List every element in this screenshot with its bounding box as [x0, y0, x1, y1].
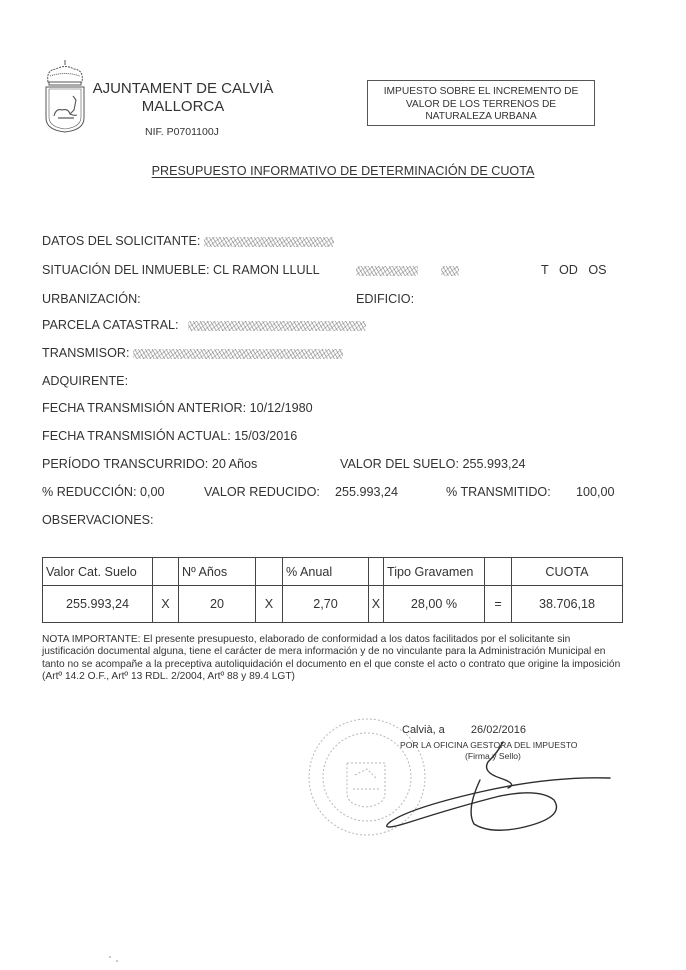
periodo-label: PERÍODO TRANSCURRIDO:: [42, 457, 208, 471]
signature-note: (Firma y Sello): [465, 751, 521, 761]
field-transmisor: TRANSMISOR:: [42, 346, 343, 360]
value-num-anos: 20: [179, 586, 256, 623]
org-line-1: AJUNTAMENT DE CALVIÀ: [88, 80, 278, 98]
document-title: PRESUPUESTO INFORMATIVO DE DETERMINACIÓN…: [0, 164, 686, 178]
situacion-suffix: T OD OS: [541, 263, 607, 277]
organization-name: AJUNTAMENT DE CALVIÀ MALLORCA: [88, 80, 278, 116]
observaciones-label: OBSERVACIONES:: [42, 513, 154, 527]
reduccion-value: 0,00: [140, 485, 165, 499]
transmitido-label: % TRANSMITIDO:: [446, 485, 551, 499]
adquirente-label: ADQUIRENTE:: [42, 374, 128, 388]
valor-reducido-value: 255.993,24: [335, 485, 398, 499]
header-operator-3: [369, 558, 384, 586]
tax-type-box: IMPUESTO SOBRE EL INCREMENTO DE VALOR DE…: [367, 80, 595, 126]
header-operator-1: [153, 558, 179, 586]
signature-place-date: Calvià, a 26/02/2016: [402, 724, 526, 736]
quota-calculation-table: Valor Cat. Suelo Nº Años % Anual Tipo Gr…: [42, 557, 623, 623]
transmisor-label: TRANSMISOR:: [42, 346, 129, 360]
field-valor-suelo: VALOR DEL SUELO: 255.993,24: [340, 457, 526, 471]
fecha-actual-value: 15/03/2016: [234, 429, 297, 443]
value-valor-cat-suelo: 255.993,24: [43, 586, 153, 623]
field-solicitante: DATOS DEL SOLICITANTE:: [42, 234, 334, 248]
operator-equals: =: [485, 586, 512, 623]
value-tipo-gravamen: 28,00 %: [384, 586, 485, 623]
operator-multiply-3: X: [369, 586, 384, 623]
solicitante-label: DATOS DEL SOLICITANTE:: [42, 234, 200, 248]
tax-box-line-2: VALOR DE LOS TERRENOS DE: [368, 99, 594, 112]
field-reduccion: % REDUCCIÓN: 0,00: [42, 485, 164, 499]
value-cuota: 38.706,18: [512, 586, 623, 623]
redacted-solicitante: [204, 237, 334, 247]
header-operator-4: [485, 558, 512, 586]
operator-multiply-1: X: [153, 586, 179, 623]
header-pct-anual: % Anual: [283, 558, 369, 586]
fecha-anterior-value: 10/12/1980: [250, 401, 313, 415]
signature-date: 26/02/2016: [471, 724, 526, 736]
document-title-text: PRESUPUESTO INFORMATIVO DE DETERMINACIÓN…: [152, 164, 535, 178]
tax-box-line-1: IMPUESTO SOBRE EL INCREMENTO DE: [368, 86, 594, 99]
nif-number: NIF. P0701100J: [145, 126, 219, 138]
transmitido-value: 100,00: [576, 485, 615, 499]
valor-suelo-value: 255.993,24: [462, 457, 525, 471]
redacted-parcela: [188, 321, 366, 331]
coat-of-arms-icon: [40, 58, 90, 134]
field-fecha-anterior: FECHA TRANSMISIÓN ANTERIOR: 10/12/1980: [42, 401, 313, 415]
tax-box-line-3: NATURALEZA URBANA: [368, 111, 594, 124]
fecha-anterior-label: FECHA TRANSMISIÓN ANTERIOR:: [42, 401, 246, 415]
redacted-situacion-2: [441, 266, 459, 276]
signature-place: Calvià, a: [402, 724, 445, 736]
header-operator-2: [256, 558, 283, 586]
redacted-situacion-1: [356, 266, 418, 276]
scan-specks: [105, 955, 135, 967]
header-tipo-gravamen: Tipo Gravamen: [384, 558, 485, 586]
field-situacion: SITUACIÓN DEL INMUEBLE: CL RAMON LLULL: [42, 263, 320, 277]
header-num-anos: Nº Años: [179, 558, 256, 586]
periodo-value: 20 Años: [212, 457, 258, 471]
header-cuota: CUOTA: [512, 558, 623, 586]
field-parcela: PARCELA CATASTRAL:: [42, 318, 366, 332]
redacted-transmisor: [133, 349, 343, 359]
valor-reducido-label: VALOR REDUCIDO:: [204, 485, 320, 499]
operator-multiply-2: X: [256, 586, 283, 623]
fecha-actual-label: FECHA TRANSMISIÓN ACTUAL:: [42, 429, 231, 443]
org-line-2: MALLORCA: [88, 98, 278, 116]
field-periodo: PERÍODO TRANSCURRIDO: 20 Años: [42, 457, 257, 471]
reduccion-label: % REDUCCIÓN:: [42, 485, 136, 499]
situacion-label: SITUACIÓN DEL INMUEBLE:: [42, 263, 209, 277]
header-valor-cat-suelo: Valor Cat. Suelo: [43, 558, 153, 586]
urbanizacion-label: URBANIZACIÓN:: [42, 292, 141, 306]
important-note: NOTA IMPORTANTE: El presente presupuesto…: [42, 634, 622, 683]
edificio-label: EDIFICIO:: [356, 292, 414, 306]
table-header-row: Valor Cat. Suelo Nº Años % Anual Tipo Gr…: [43, 558, 623, 586]
value-pct-anual: 2,70: [283, 586, 369, 623]
table-value-row: 255.993,24 X 20 X 2,70 X 28,00 % = 38.70…: [43, 586, 623, 623]
parcela-label: PARCELA CATASTRAL:: [42, 318, 178, 332]
field-valor-reducido: VALOR REDUCIDO: 255.993,24: [204, 485, 398, 499]
valor-suelo-label: VALOR DEL SUELO:: [340, 457, 459, 471]
field-fecha-actual: FECHA TRANSMISIÓN ACTUAL: 15/03/2016: [42, 429, 297, 443]
situacion-value: CL RAMON LLULL: [213, 263, 320, 277]
signature-office: POR LA OFICINA GESTORA DEL IMPUESTO: [400, 740, 578, 750]
